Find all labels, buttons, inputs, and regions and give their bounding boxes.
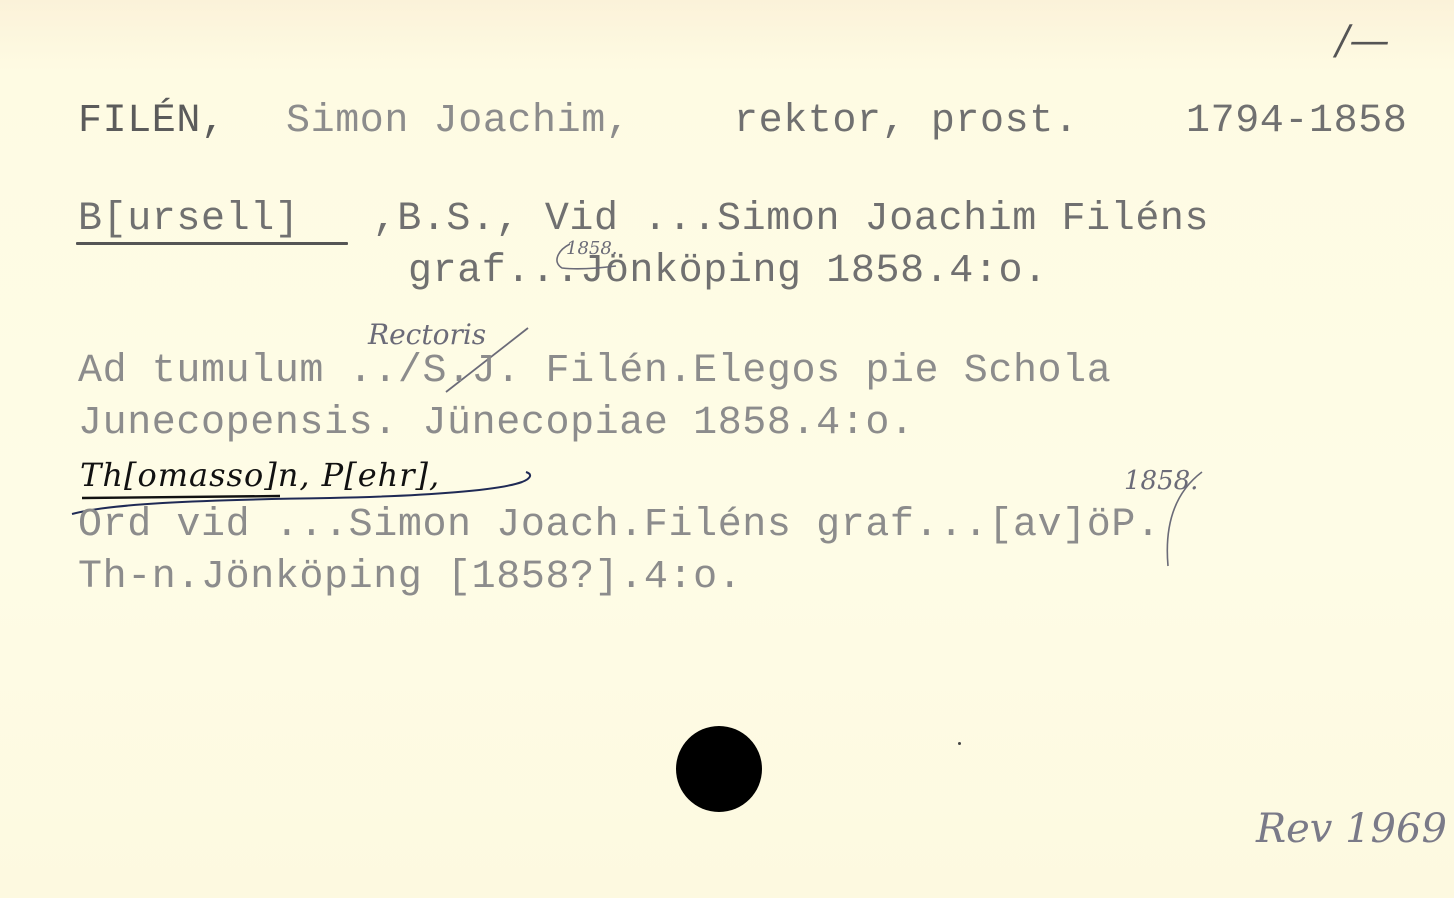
- heading-titles: rektor, prost.: [734, 98, 1078, 146]
- heading-surname: FILÉN,: [78, 98, 226, 146]
- entry-3-line-1: Ord vid ...Simon Joach.Filéns graf...[av…: [78, 502, 1161, 550]
- heading-given-names: Simon Joachim,: [286, 98, 630, 146]
- catalog-card: /— FILÉN, Simon Joachim, rektor, prost. …: [0, 0, 1454, 898]
- entry-2-line-1: Ad tumulum ../S.J. Filén.Elegos pie Scho…: [78, 348, 1111, 396]
- entry-3-line-2: Th-n.Jönköping [1858?].4:o.: [78, 554, 742, 602]
- entry-1-author: B[ursell]: [78, 196, 299, 244]
- entry-1-line-1: ,B.S., Vid ...Simon Joachim Filéns: [348, 196, 1209, 244]
- punch-hole: [676, 726, 762, 812]
- entry-1-line-2: graf...Jönköping 1858.4:o.: [408, 248, 1048, 296]
- speck: [958, 742, 961, 745]
- card-number: /—: [1336, 18, 1389, 64]
- entry-1-author-underline: [76, 242, 348, 245]
- entry-2-line-2: Junecopensis. Jünecopiae 1858.4:o.: [78, 400, 915, 448]
- heading-dates: 1794-1858: [1186, 98, 1407, 146]
- entry-1-insert-caret-icon: [540, 240, 620, 280]
- entry-3-insert-bracket-icon: [1158, 470, 1208, 580]
- revision-note: Rev 1969: [1256, 806, 1447, 852]
